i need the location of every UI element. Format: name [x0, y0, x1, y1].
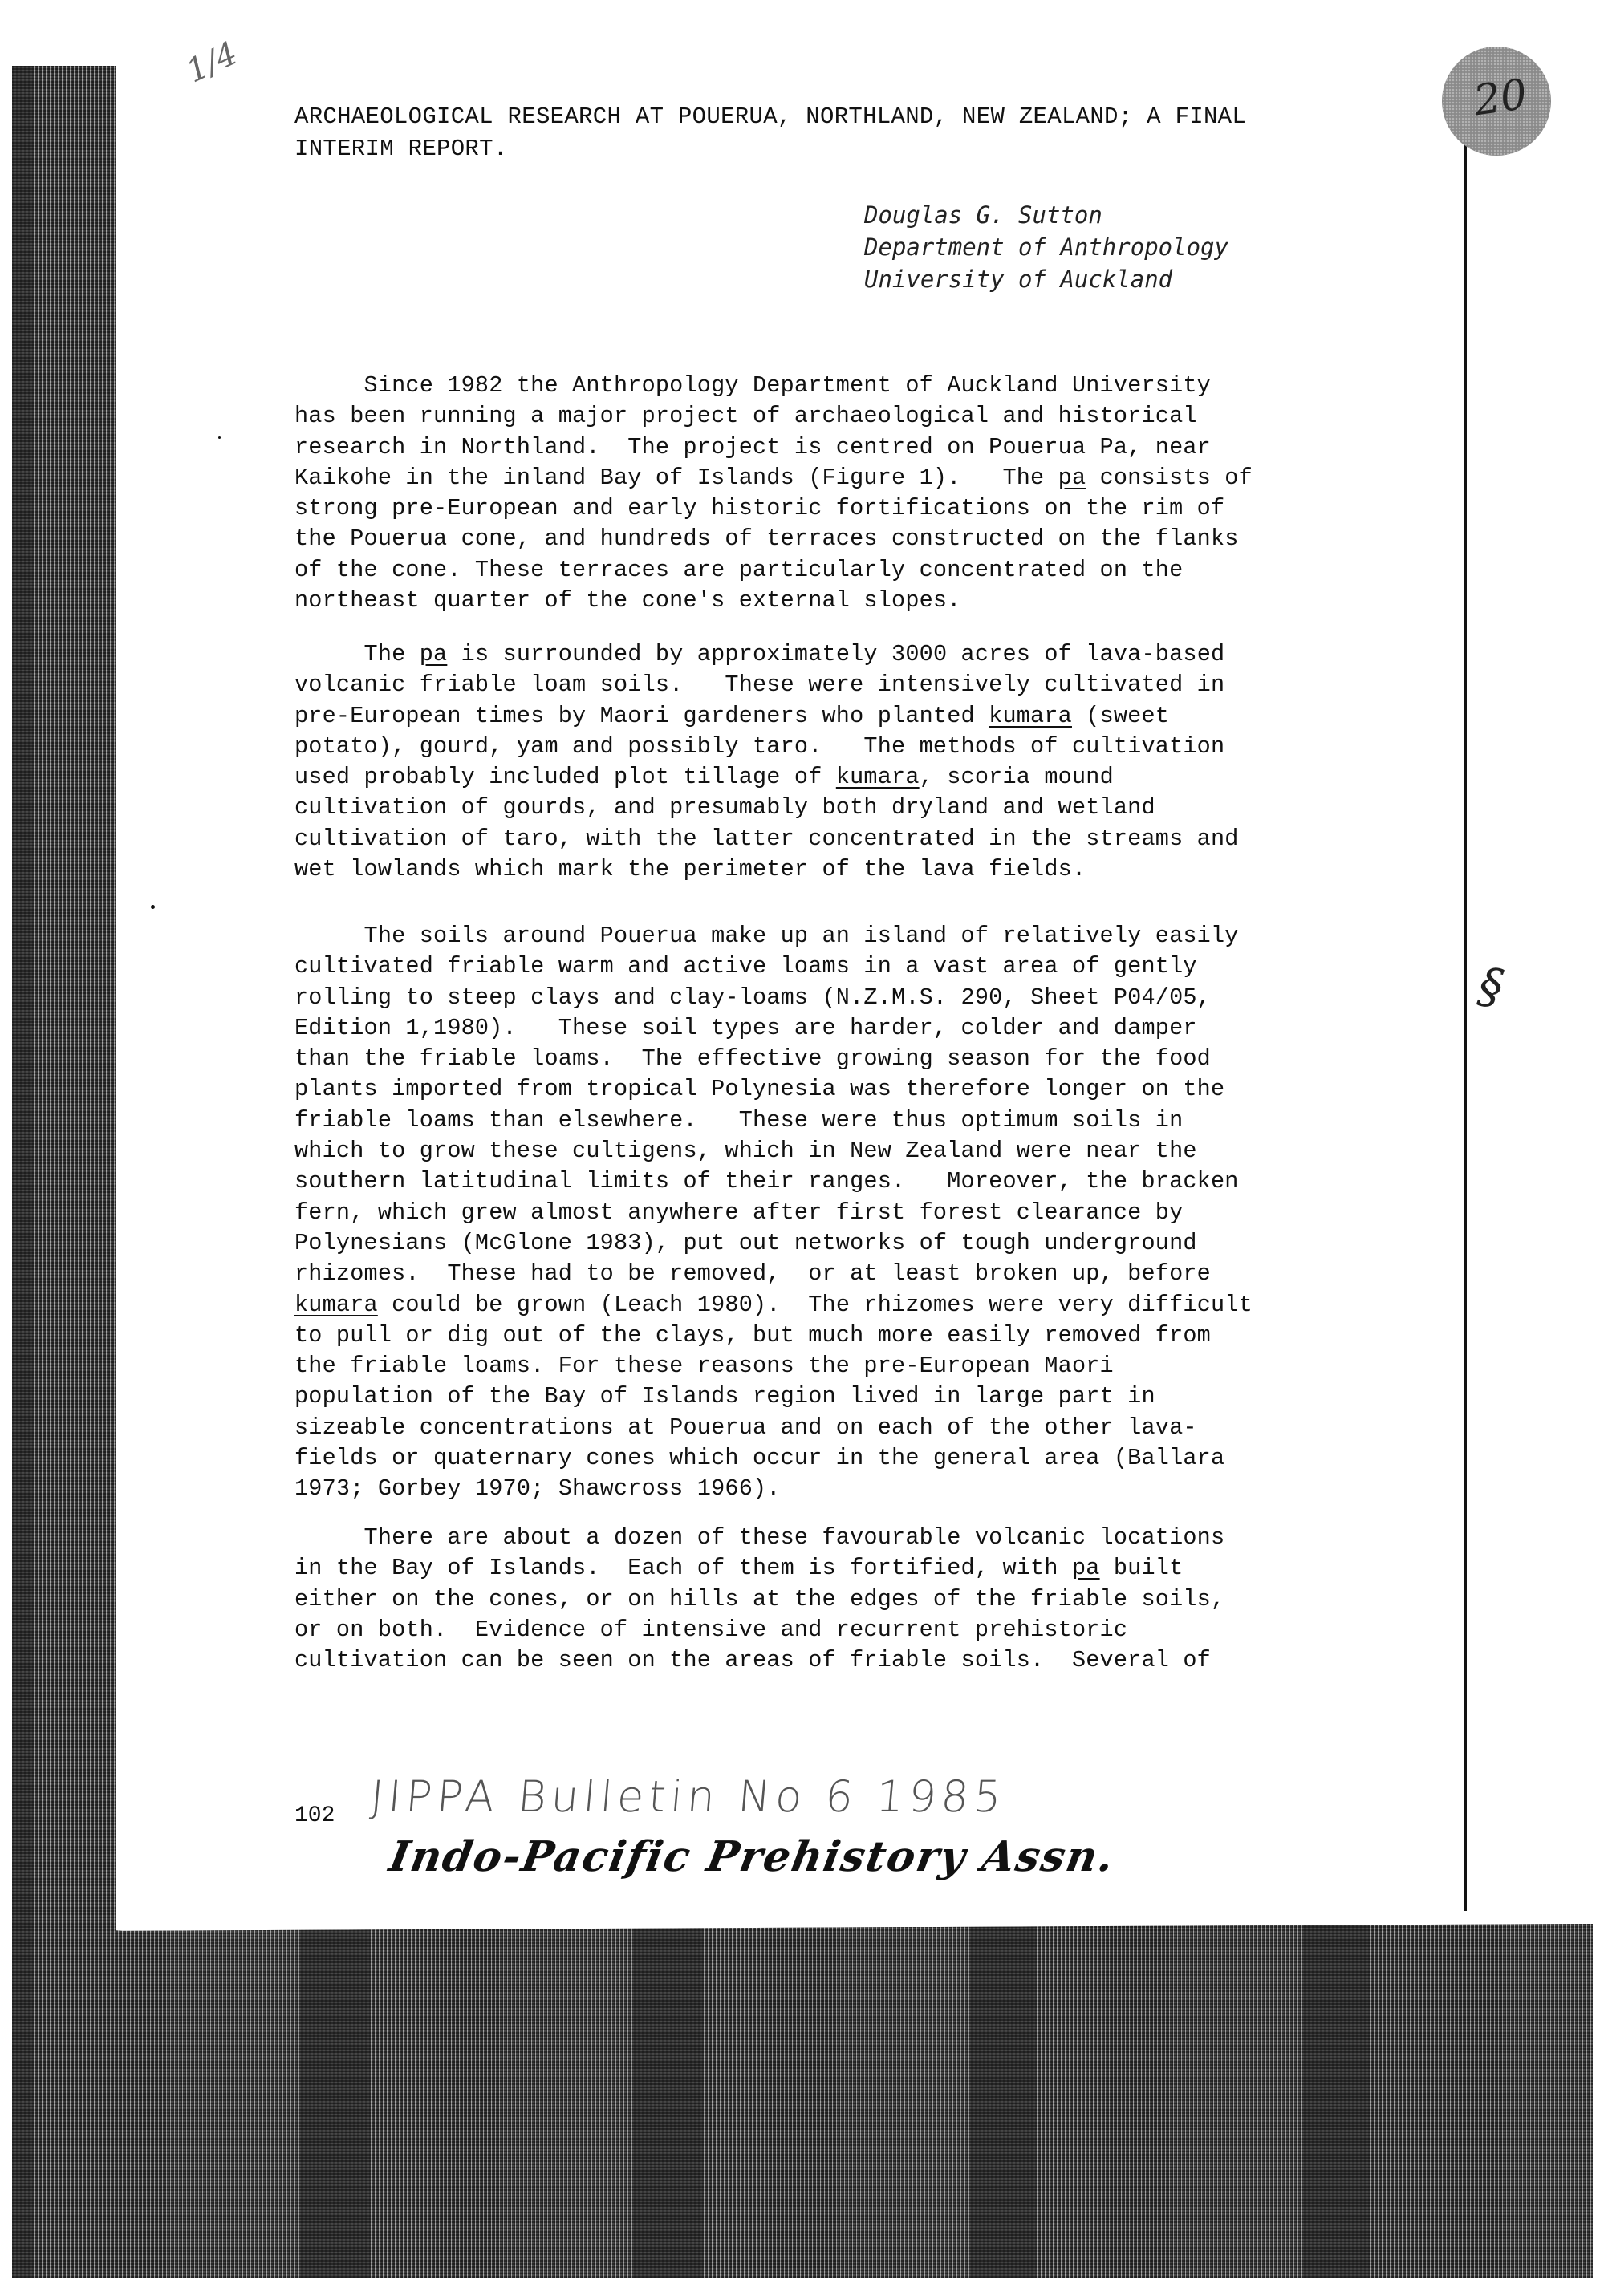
text-line: fields or quaternary cones which occur i…	[294, 1443, 1354, 1474]
text-line: friable loams than elsewhere. These were…	[294, 1105, 1354, 1136]
author-department: Department of Anthropology	[864, 231, 1228, 263]
text-line: Edition 1,1980). These soil types are ha…	[294, 1013, 1354, 1044]
author-institution: University of Auckland	[864, 263, 1228, 295]
text-line: 1973; Gorbey 1970; Shawcross 1966).	[294, 1474, 1354, 1504]
text-line: or on both. Evidence of intensive and re…	[294, 1615, 1354, 1645]
body-paragraph-1: Since 1982 the Anthropology Department o…	[294, 371, 1354, 616]
text-line: rolling to steep clays and clay-loams (N…	[294, 983, 1354, 1013]
text-line: plants imported from tropical Polynesia …	[294, 1074, 1354, 1105]
text-line: research in Northland. The project is ce…	[294, 432, 1354, 463]
text-line: The pa is surrounded by approximately 30…	[294, 639, 1354, 670]
author-block: Douglas G. Sutton Department of Anthropo…	[864, 199, 1228, 295]
text-line: southern latitudinal limits of their ran…	[294, 1166, 1354, 1197]
text-line: of the cone. These terraces are particul…	[294, 555, 1354, 586]
text-line: the Pouerua cone, and hundreds of terrac…	[294, 524, 1354, 554]
text-line: which to grow these cultigens, which in …	[294, 1136, 1354, 1166]
text-line: Kaikohe in the inland Bay of Islands (Fi…	[294, 463, 1354, 493]
text-line: to pull or dig out of the clays, but muc…	[294, 1320, 1354, 1351]
text-line: Polynesians (McGlone 1983), put out netw…	[294, 1228, 1354, 1259]
author-name: Douglas G. Sutton	[864, 199, 1228, 231]
text-line: rhizomes. These had to be removed, or at…	[294, 1259, 1354, 1289]
text-line: in the Bay of Islands. Each of them is f…	[294, 1553, 1354, 1584]
text-line: cultivation of taro, with the latter con…	[294, 824, 1354, 854]
top-left-handwritten-mark: 1/4	[181, 35, 243, 91]
text-line: either on the cones, or on hills at the …	[294, 1584, 1354, 1615]
document-title: ARCHAEOLOGICAL RESEARCH AT POUERUA, NORT…	[294, 101, 1370, 165]
text-line: used probably included plot tillage of k…	[294, 762, 1354, 793]
text-line: volcanic friable loam soils. These were …	[294, 670, 1354, 700]
text-line: kumara could be grown (Leach 1980). The …	[294, 1290, 1354, 1320]
text-line: cultivation of gourds, and presumably bo…	[294, 793, 1354, 823]
text-line: population of the Bay of Islands region …	[294, 1381, 1354, 1412]
text-line: pre-European times by Maori gardeners wh…	[294, 701, 1354, 732]
body-paragraph-4: There are about a dozen of these favoura…	[294, 1523, 1354, 1676]
body-paragraph-3: The soils around Pouerua make up an isla…	[294, 921, 1354, 1505]
text-line: northeast quarter of the cone's external…	[294, 586, 1354, 616]
page-number: 102	[294, 1803, 335, 1828]
text-line: cultivation can be seen on the areas of …	[294, 1645, 1354, 1676]
text-line: potato), gourd, yam and possibly taro. T…	[294, 732, 1354, 762]
handwritten-citation-line-1: JIPPA Bulletin No 6 1985	[368, 1771, 1008, 1822]
text-line: cultivated friable warm and active loams…	[294, 951, 1354, 982]
handwritten-citation-line-2: Indo-Pacific Prehistory Assn.	[386, 1832, 1119, 1881]
text-line: There are about a dozen of these favoura…	[294, 1523, 1354, 1553]
body-paragraph-2: The pa is surrounded by approximately 30…	[294, 639, 1354, 885]
margin-squiggle-mark: §	[1475, 957, 1506, 1016]
text-line: Since 1982 the Anthropology Department o…	[294, 371, 1354, 401]
scan-speck	[218, 436, 221, 439]
text-line: wet lowlands which mark the perimeter of…	[294, 854, 1354, 885]
right-margin-rule	[1464, 120, 1467, 1911]
scan-speck	[151, 905, 155, 909]
scan-bottom-shadow	[12, 1924, 1593, 2278]
text-line: fern, which grew almost anywhere after f…	[294, 1198, 1354, 1228]
text-line: than the friable loams. The effective gr…	[294, 1044, 1354, 1074]
text-line: strong pre-European and early historic f…	[294, 493, 1354, 524]
text-line: sizeable concentrations at Pouerua and o…	[294, 1413, 1354, 1443]
text-line: has been running a major project of arch…	[294, 401, 1354, 432]
text-line: the friable loams. For these reasons the…	[294, 1351, 1354, 1381]
text-line: The soils around Pouerua make up an isla…	[294, 921, 1354, 951]
